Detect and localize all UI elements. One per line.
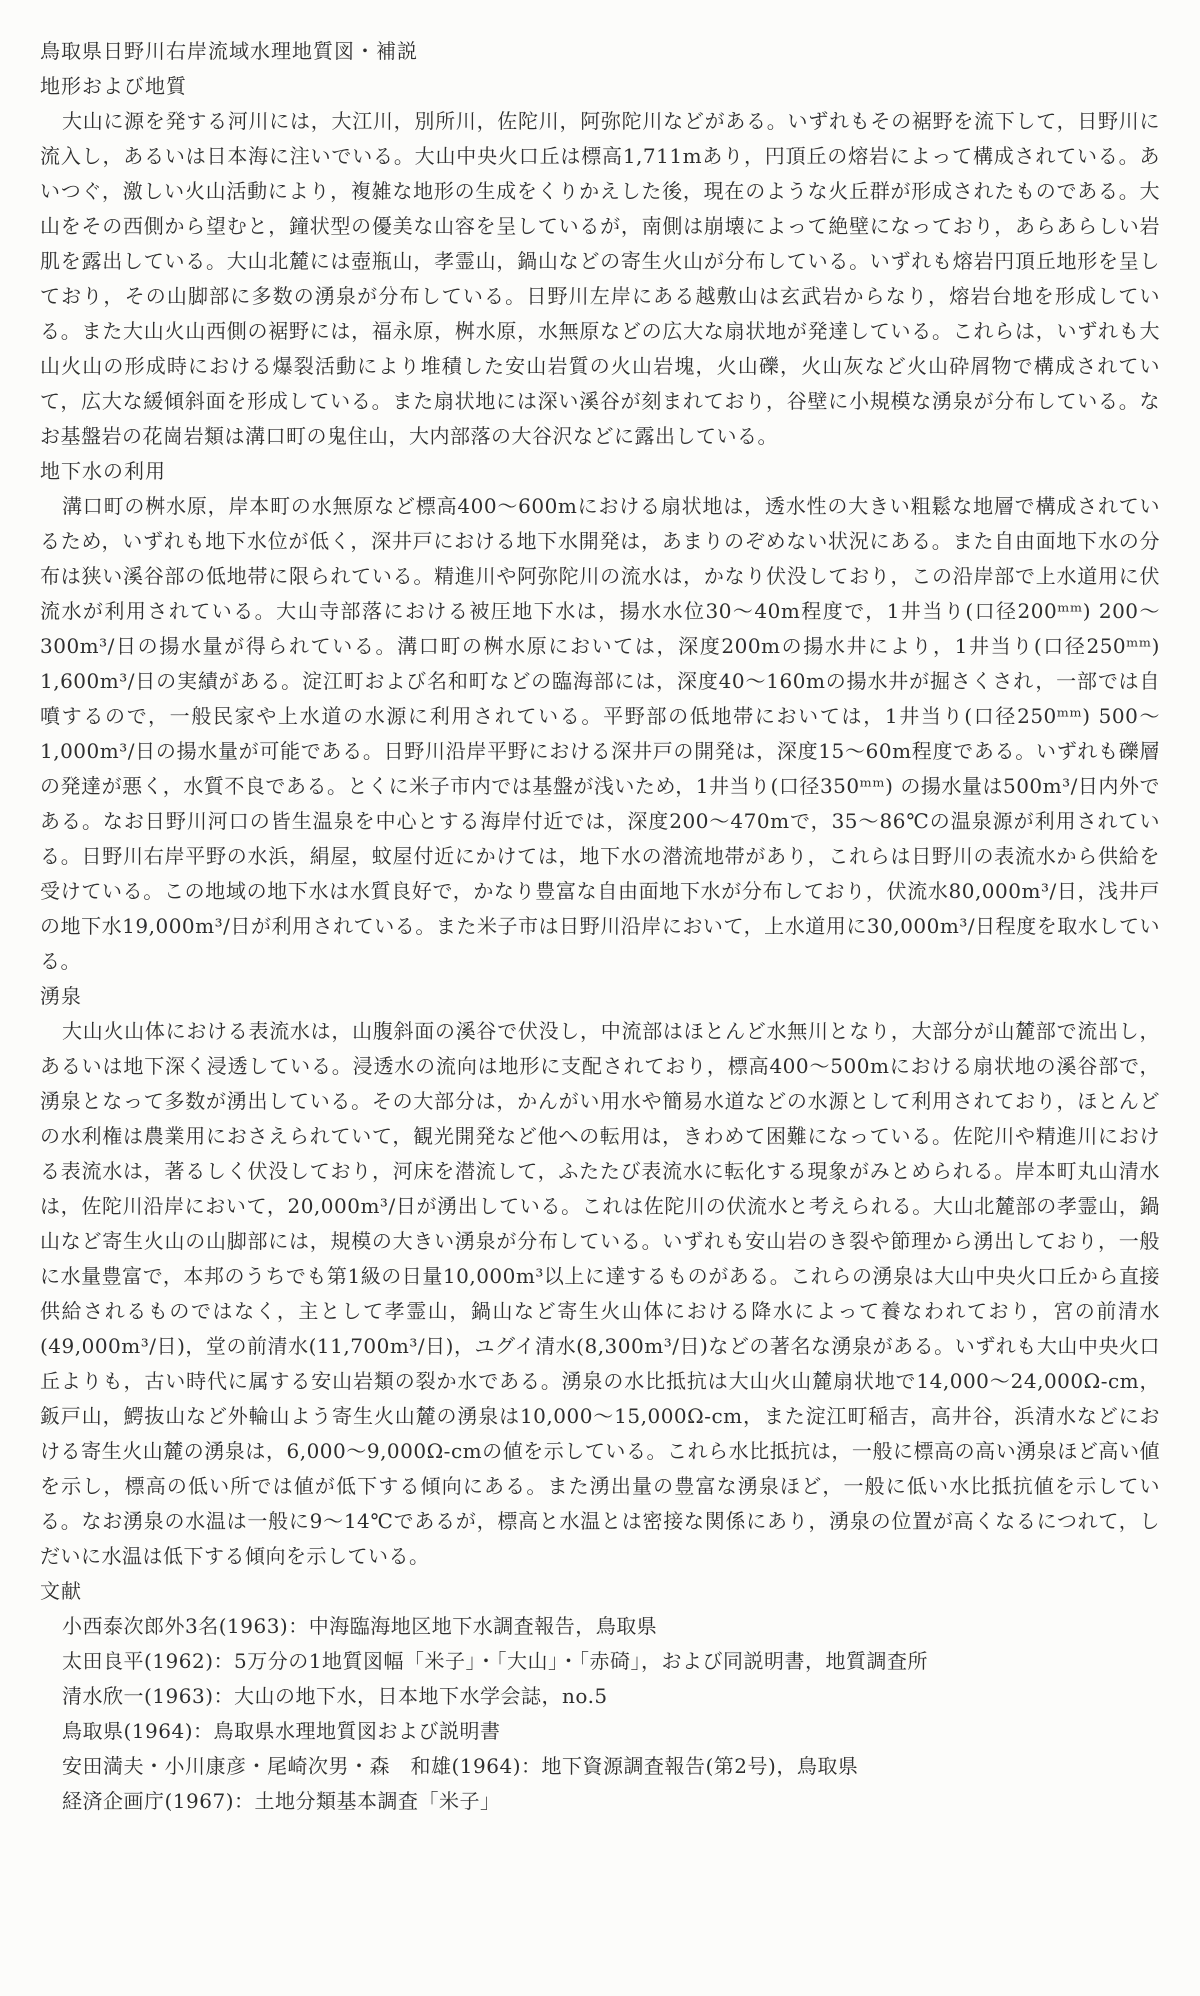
- section-heading-references: 文献: [40, 1574, 1160, 1609]
- section-heading-groundwater-use: 地下水の利用: [40, 454, 1160, 489]
- paragraph-springs: 大山火山体における表流水は，山腹斜面の溪谷で伏没し，中流部はほとんど水無川となり…: [40, 1014, 1160, 1574]
- reference-item: 太田良平(1962)：5万分の1地質図幅「米子」・「大山」・「赤碕」，および同説…: [40, 1644, 1160, 1679]
- reference-item: 小西泰次郎外3名(1963)：中海臨海地区地下水調査報告，鳥取県: [40, 1609, 1160, 1644]
- reference-item: 鳥取県(1964)：鳥取県水理地質図および説明書: [40, 1714, 1160, 1749]
- reference-item: 清水欣一(1963)：大山の地下水，日本地下水学会誌，no.5: [40, 1679, 1160, 1714]
- paragraph-terrain-and-geology: 大山に源を発する河川には，大江川，別所川，佐陀川，阿弥陀川などがある。いずれもそ…: [40, 104, 1160, 454]
- document-page: 鳥取県日野川右岸流域水理地質図・補説 地形および地質 大山に源を発する河川には，…: [0, 0, 1200, 1996]
- section-heading-terrain-and-geology: 地形および地質: [40, 69, 1160, 104]
- reference-item: 安田満夫・小川康彦・尾崎次男・森 和雄(1964)：地下資源調査報告(第2号)，…: [40, 1749, 1160, 1784]
- document-title: 鳥取県日野川右岸流域水理地質図・補説: [40, 34, 1160, 69]
- section-heading-springs: 湧泉: [40, 979, 1160, 1014]
- reference-item: 経済企画庁(1967)：土地分類基本調査「米子」: [40, 1784, 1160, 1819]
- paragraph-groundwater-use: 溝口町の桝水原，岸本町の水無原など標高400～600mにおける扇状地は，透水性の…: [40, 489, 1160, 979]
